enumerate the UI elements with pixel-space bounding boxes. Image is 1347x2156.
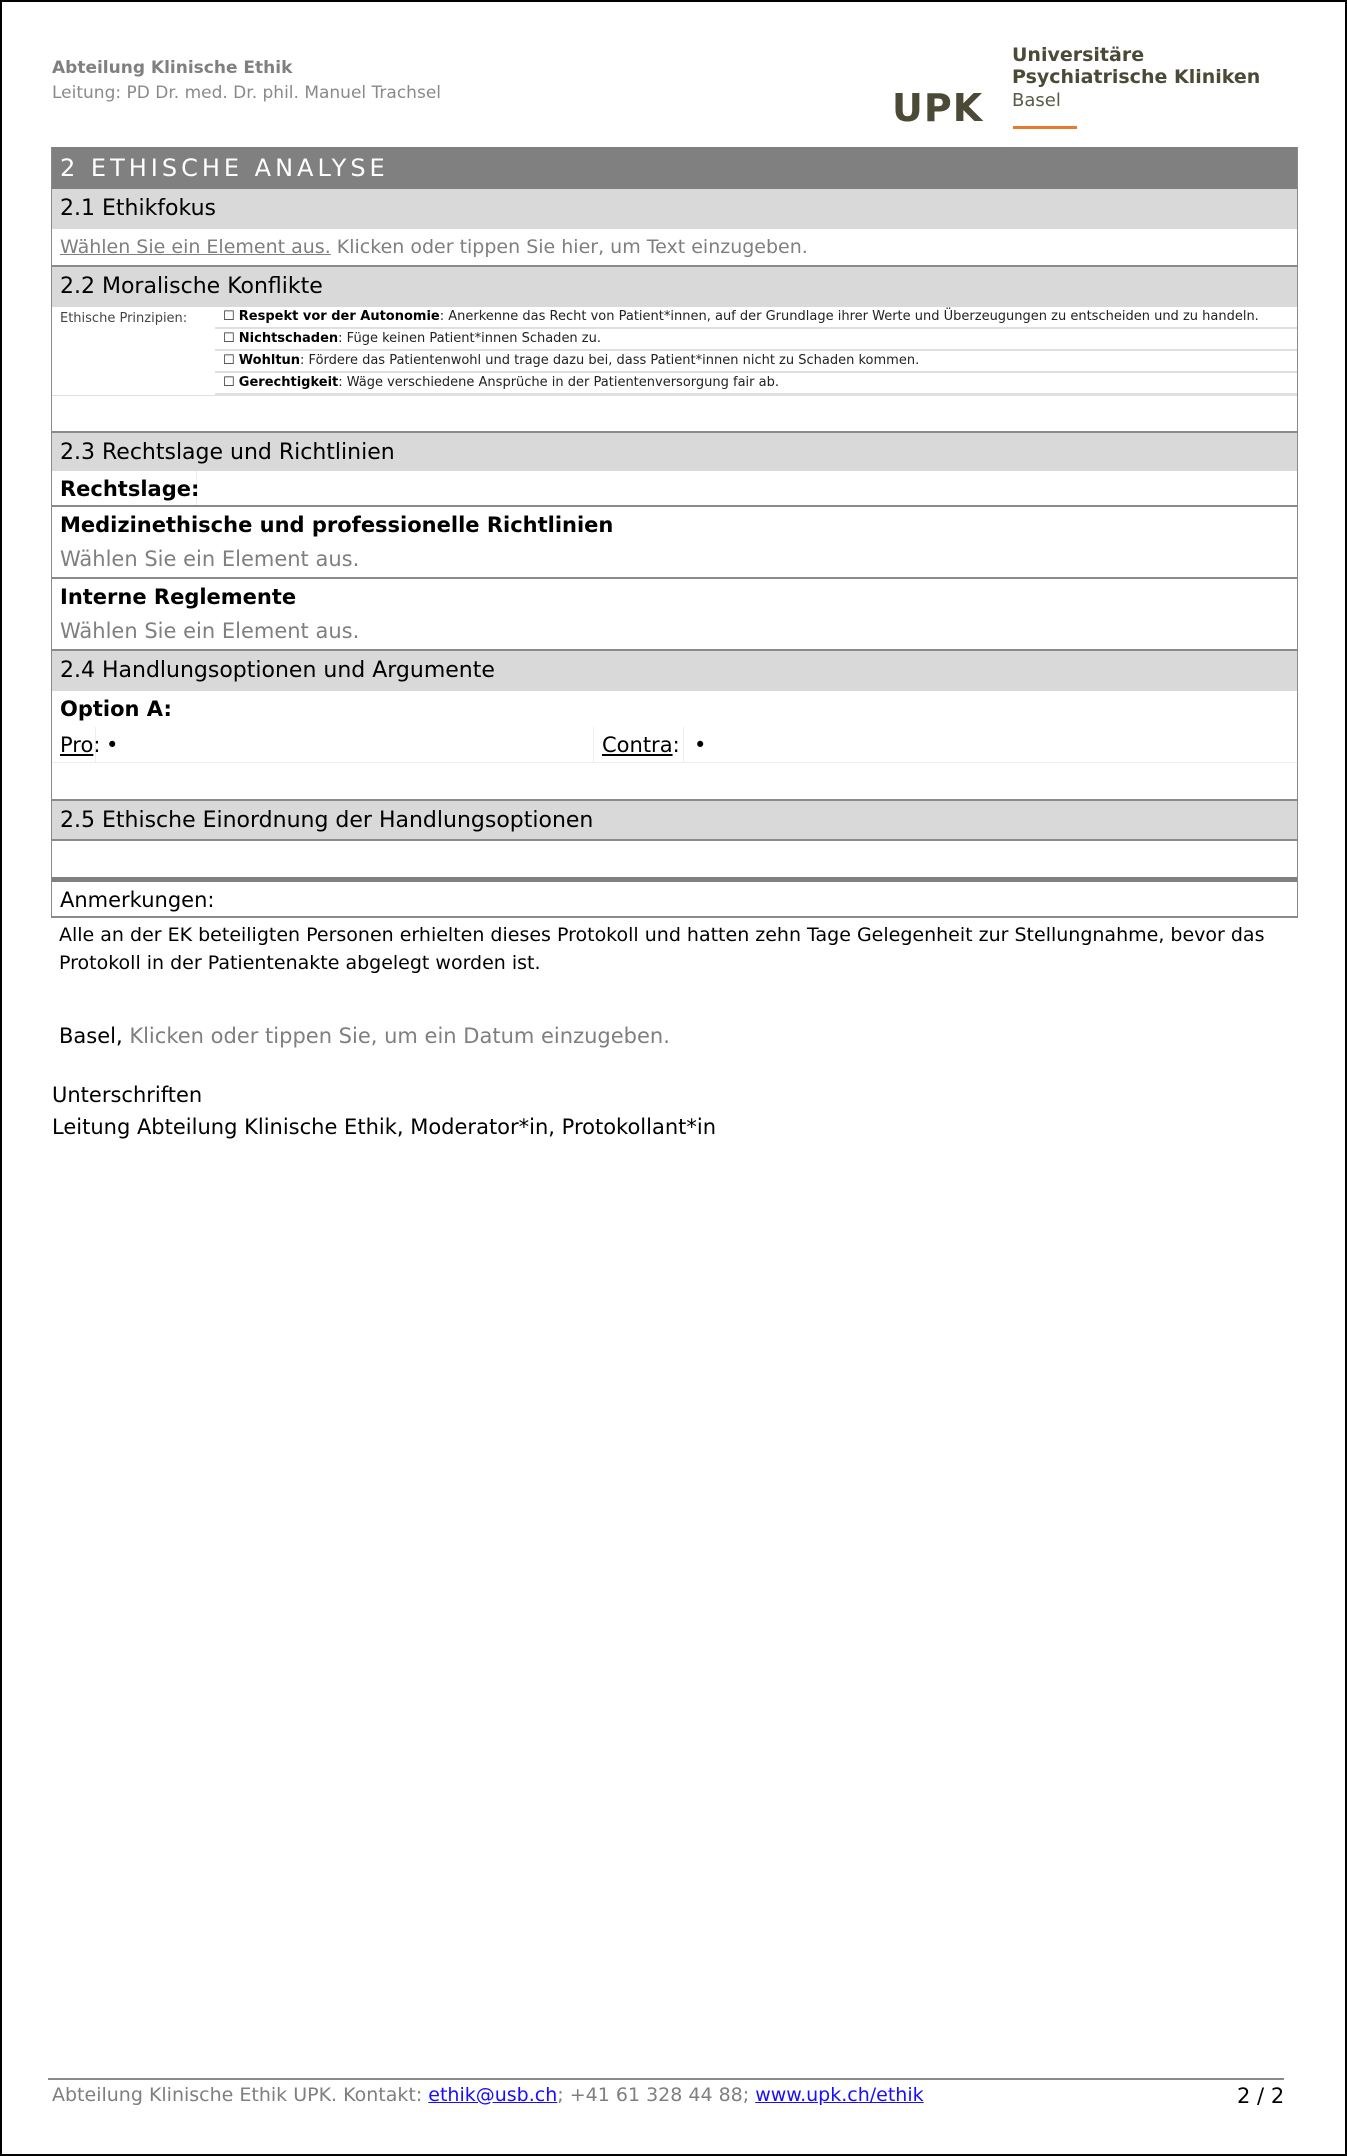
- principle-name: Respekt vor der Autonomie: [239, 309, 440, 324]
- contra-label: Contra:: [594, 727, 684, 762]
- footer-website-link[interactable]: www.upk.ch/ethik: [755, 2084, 923, 2106]
- options-free-text[interactable]: [52, 763, 1297, 799]
- logo-line3: Basel: [1012, 90, 1061, 111]
- section-2-5-heading: 2.5 Ethische Einordnung der Handlungsopt…: [52, 799, 1297, 839]
- guidelines-label: Medizinethische und professionelle Richt…: [52, 507, 1297, 543]
- page-header: Abteilung Klinische Ethik Leitung: PD Dr…: [52, 56, 441, 106]
- guidelines-dropdown[interactable]: Wählen Sie ein Element aus.: [52, 543, 1297, 577]
- principles-list: ☐ Respekt vor der Autonomie: Anerkenne d…: [215, 307, 1297, 395]
- principles-label: Ethische Prinzipien:: [52, 307, 215, 395]
- footer-divider: [48, 2078, 1284, 2080]
- checkbox-icon[interactable]: ☐: [223, 331, 235, 346]
- bullet-icon: •: [694, 733, 706, 757]
- logo-line2: Psychiatrische Kliniken: [1012, 66, 1260, 88]
- page-number: 2 / 2: [1237, 2084, 1284, 2108]
- signatures-heading: Unterschriften: [52, 1083, 202, 1107]
- principle-name: Nichtschaden: [239, 331, 338, 346]
- logo-short: UPK: [892, 86, 983, 130]
- page-separator: /: [1250, 2084, 1270, 2108]
- principles-row: Ethische Prinzipien: ☐ Respekt vor der A…: [52, 307, 1297, 395]
- date-place: Basel,: [59, 1024, 123, 1048]
- principle-text: : Fördere das Patientenwohl und trage da…: [300, 353, 919, 368]
- section-title: 2 ETHISCHE ANALYSE: [52, 147, 1297, 189]
- principle-text: : Füge keinen Patient*innen Schaden zu.: [338, 331, 601, 346]
- internal-rules-dropdown[interactable]: Wählen Sie ein Element aus.: [52, 615, 1297, 649]
- section-2-2-heading: 2.2 Moralische Konflikte: [52, 267, 1297, 307]
- ethikfokus-field[interactable]: Wählen Sie ein Element aus. Klicken oder…: [52, 229, 1297, 267]
- principle-name: Wohltun: [239, 353, 300, 368]
- bullet-icon: •: [106, 733, 118, 757]
- signatures-roles: Leitung Abteilung Klinische Ethik, Moder…: [52, 1115, 716, 1139]
- date-line: Basel, Klicken oder tippen Sie, um ein D…: [59, 1024, 670, 1048]
- principle-text: : Anerkenne das Recht von Patient*innen,…: [440, 309, 1259, 324]
- pro-contra-row: Pro: • Contra: •: [52, 727, 1297, 763]
- page-total: 2: [1271, 2084, 1284, 2108]
- rechtslage-row: Rechtslage:: [52, 471, 1297, 507]
- contra-input[interactable]: •: [684, 727, 1297, 762]
- section-2-1-heading: 2.1 Ethikfokus: [52, 189, 1297, 229]
- pro-label: Pro:: [52, 727, 96, 762]
- page-current: 2: [1237, 2084, 1250, 2108]
- checkbox-icon[interactable]: ☐: [223, 375, 235, 390]
- principle-nonmaleficence[interactable]: ☐ Nichtschaden: Füge keinen Patient*inne…: [215, 329, 1297, 351]
- principle-text: : Wäge verschiedene Ansprüche in der Pat…: [338, 375, 779, 390]
- contra-label-text: Contra: [602, 733, 673, 757]
- ethics-analysis-table: 2 ETHISCHE ANALYSE 2.1 Ethikfokus Wählen…: [51, 147, 1298, 918]
- rechtslage-input[interactable]: [197, 471, 1297, 505]
- rechtslage-label: Rechtslage:: [52, 471, 197, 505]
- principle-name: Gerechtigkeit: [239, 375, 338, 390]
- section-2-4-heading: 2.4 Handlungsoptionen und Argumente: [52, 651, 1297, 691]
- principle-autonomy[interactable]: ☐ Respekt vor der Autonomie: Anerkenne d…: [215, 307, 1297, 329]
- department-name: Abteilung Klinische Ethik: [52, 56, 441, 80]
- checkbox-icon[interactable]: ☐: [223, 309, 235, 324]
- internal-rules-block: Interne Reglemente Wählen Sie ein Elemen…: [52, 579, 1297, 651]
- date-picker[interactable]: Klicken oder tippen Sie, um ein Datum ei…: [123, 1024, 670, 1048]
- checkbox-icon[interactable]: ☐: [223, 353, 235, 368]
- department-lead: Leitung: PD Dr. med. Dr. phil. Manuel Tr…: [52, 80, 441, 106]
- colon: :: [673, 733, 680, 757]
- remarks-field[interactable]: Anmerkungen:: [52, 882, 1297, 918]
- principle-beneficence[interactable]: ☐ Wohltun: Fördere das Patientenwohl und…: [215, 351, 1297, 373]
- footer-contact: Abteilung Klinische Ethik UPK. Kontakt: …: [52, 2084, 924, 2106]
- guidelines-block: Medizinethische und professionelle Richt…: [52, 507, 1297, 579]
- pro-input[interactable]: •: [96, 727, 594, 762]
- logo-accent-bar: [1013, 126, 1077, 129]
- conflicts-free-text[interactable]: [52, 395, 1297, 431]
- pro-label-text: Pro: [60, 733, 93, 757]
- classification-input[interactable]: [52, 839, 1297, 877]
- ethikfokus-text-input[interactable]: Klicken oder tippen Sie hier, um Text ei…: [331, 236, 808, 258]
- footer-email-link[interactable]: ethik@usb.ch: [428, 2084, 557, 2106]
- principle-justice[interactable]: ☐ Gerechtigkeit: Wäge verschiedene Anspr…: [215, 373, 1297, 395]
- upk-logo: UPK Universitäre Psychiatrische Kliniken…: [892, 44, 1292, 134]
- internal-rules-label: Interne Reglemente: [52, 579, 1297, 615]
- ethikfokus-dropdown[interactable]: Wählen Sie ein Element aus.: [60, 236, 331, 258]
- section-2-3-heading: 2.3 Rechtslage und Richtlinien: [52, 431, 1297, 471]
- option-a-label: Option A:: [52, 691, 1297, 727]
- footer-text: Abteilung Klinische Ethik UPK. Kontakt:: [52, 2084, 428, 2106]
- footer-phone: ; +41 61 328 44 88;: [557, 2084, 755, 2106]
- remarks-label: Anmerkungen:: [60, 888, 214, 912]
- distribution-note: Alle an der EK beteiligten Personen erhi…: [59, 921, 1299, 977]
- logo-line1: Universitäre: [1012, 44, 1144, 66]
